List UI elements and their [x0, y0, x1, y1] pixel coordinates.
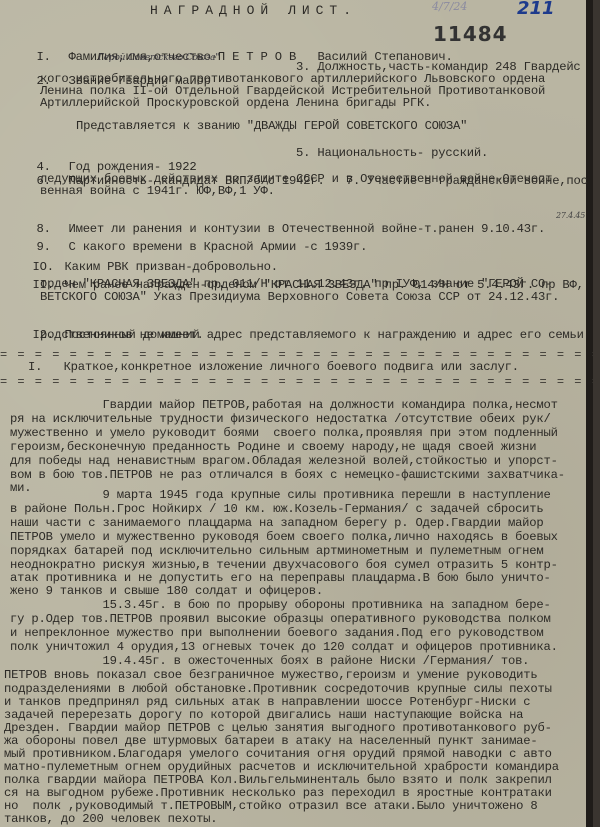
- pencil-note: 4/7/24: [432, 0, 467, 14]
- nomination-line: Представляется к званию "ДВАЖДЫ ГЕРОЙ СО…: [76, 119, 467, 133]
- narrative-line: но полк ,руководимый т.ПЕТРОВЫМ,стойко о…: [4, 799, 538, 813]
- narrative-line: вом в бою тов.ПЕТРОВ не раз отличался в …: [10, 468, 565, 482]
- narrative-line: полка гвардии майора ПЕТРОВА Кол.Вильгел…: [4, 773, 552, 787]
- narrative-line: порядках батарей под исключительно сильн…: [10, 544, 544, 558]
- narrative-line: наши части с занимаемого плацдарма на за…: [10, 516, 544, 530]
- narrative-line: и танков предпринял ряд сильных атак в н…: [4, 695, 530, 709]
- narrative-line: мый противником.Благодаря умелого сочита…: [4, 747, 552, 761]
- narrative-line: ПЕТРОВ умело и мужественно руководя боем…: [10, 530, 558, 544]
- narrative-line: 19.4.45г. в ожесточенных боях в районе Н…: [10, 654, 529, 668]
- page-edge-shadow: [586, 0, 593, 827]
- narrative-line: 9 марта 1945 года крупные силы противник…: [10, 488, 551, 502]
- field-3-line-4: Артиллерийской Проскуровской ордена Лени…: [40, 96, 431, 110]
- section-heading: I. Краткое,конкретное изложение личного …: [28, 360, 519, 374]
- narrative-line: неоднократно рискуя жизнью,в течении дву…: [10, 558, 558, 572]
- narrative-line: подразделениями в любой обстановке.Проти…: [4, 682, 552, 696]
- narrative-line: в районе Польн.Грос Нойкирх / 10 км. юж.…: [10, 502, 544, 516]
- narrative-line: ся на выгодном рубеже.Противник нескольк…: [4, 786, 552, 800]
- narrative-line: ПЕТРОВ вновь показал свое безграничное м…: [4, 668, 538, 682]
- narrative-line: задачей перерезать дорогу по которой дви…: [4, 708, 523, 722]
- narrative-line: 15.3.45г. в бою по прорыву обороны проти…: [10, 598, 551, 612]
- field-11-line-3: ВЕТСКОГО СОЮЗА" Указ Президиума Верховно…: [40, 290, 559, 304]
- award-sheet-page: НАГРАДНОЙ ЛИСТ. 4/7/24 211 11484 I.Фамил…: [0, 0, 593, 827]
- narrative-line: матно-пулеметным огнем орудийных расчето…: [4, 760, 559, 774]
- field-12-line-2: родственников не имеет.: [40, 328, 204, 342]
- narrative-line: и непреклонное мужество при выполнении б…: [10, 626, 544, 640]
- separator-line-bottom: = = = = = = = = = = = = = = = = = = = = …: [0, 375, 593, 389]
- narrative-line: жено 9 танков и свыше 180 солдат и офице…: [10, 584, 323, 598]
- field-5-nationality: 5. Национальность- русский.: [296, 146, 488, 160]
- narrative-line: для победы над ненавистным врагом.Облада…: [10, 454, 558, 468]
- wound-date-handwritten: 27.4.45: [556, 209, 585, 223]
- narrative-line: Дрезден. Гвардии майор ПЕТРОВ с целью за…: [4, 721, 552, 735]
- field-11-line-2: орден "КРАСНАЯ ЗВЕЗДА" пр. 011/Н от 11.1…: [40, 277, 552, 291]
- narrative-line: жа обороны повел две штурмовых батареи в…: [4, 734, 538, 748]
- narrative-line: Гвардии майор ПЕТРОВ,работая на должност…: [10, 398, 558, 412]
- document-title: НАГРАДНОЙ ЛИСТ.: [150, 4, 357, 18]
- narrative-line: героизм,бесконечную преданность Родине и…: [10, 440, 536, 454]
- narrative-line: атак противника и не допустить его на пе…: [10, 571, 551, 585]
- narrative-line: полк уничтожил 4 орудия,13 огневых точек…: [10, 640, 558, 654]
- field-7-line-3: венная война с 1941г. ЮФ,ВФ,1 УФ.: [40, 184, 275, 198]
- narrative-line: танков, до 200 человек пехоты.: [4, 812, 217, 826]
- narrative-line: гу р.Одер тов.ПЕТРОВ проявил высокие обр…: [10, 612, 551, 626]
- blue-ink-stamp: 211: [517, 2, 555, 16]
- narrative-line: мужественно и умело руководит боями свое…: [10, 426, 558, 440]
- narrative-line: ря на исключительные трудности физическо…: [10, 412, 551, 426]
